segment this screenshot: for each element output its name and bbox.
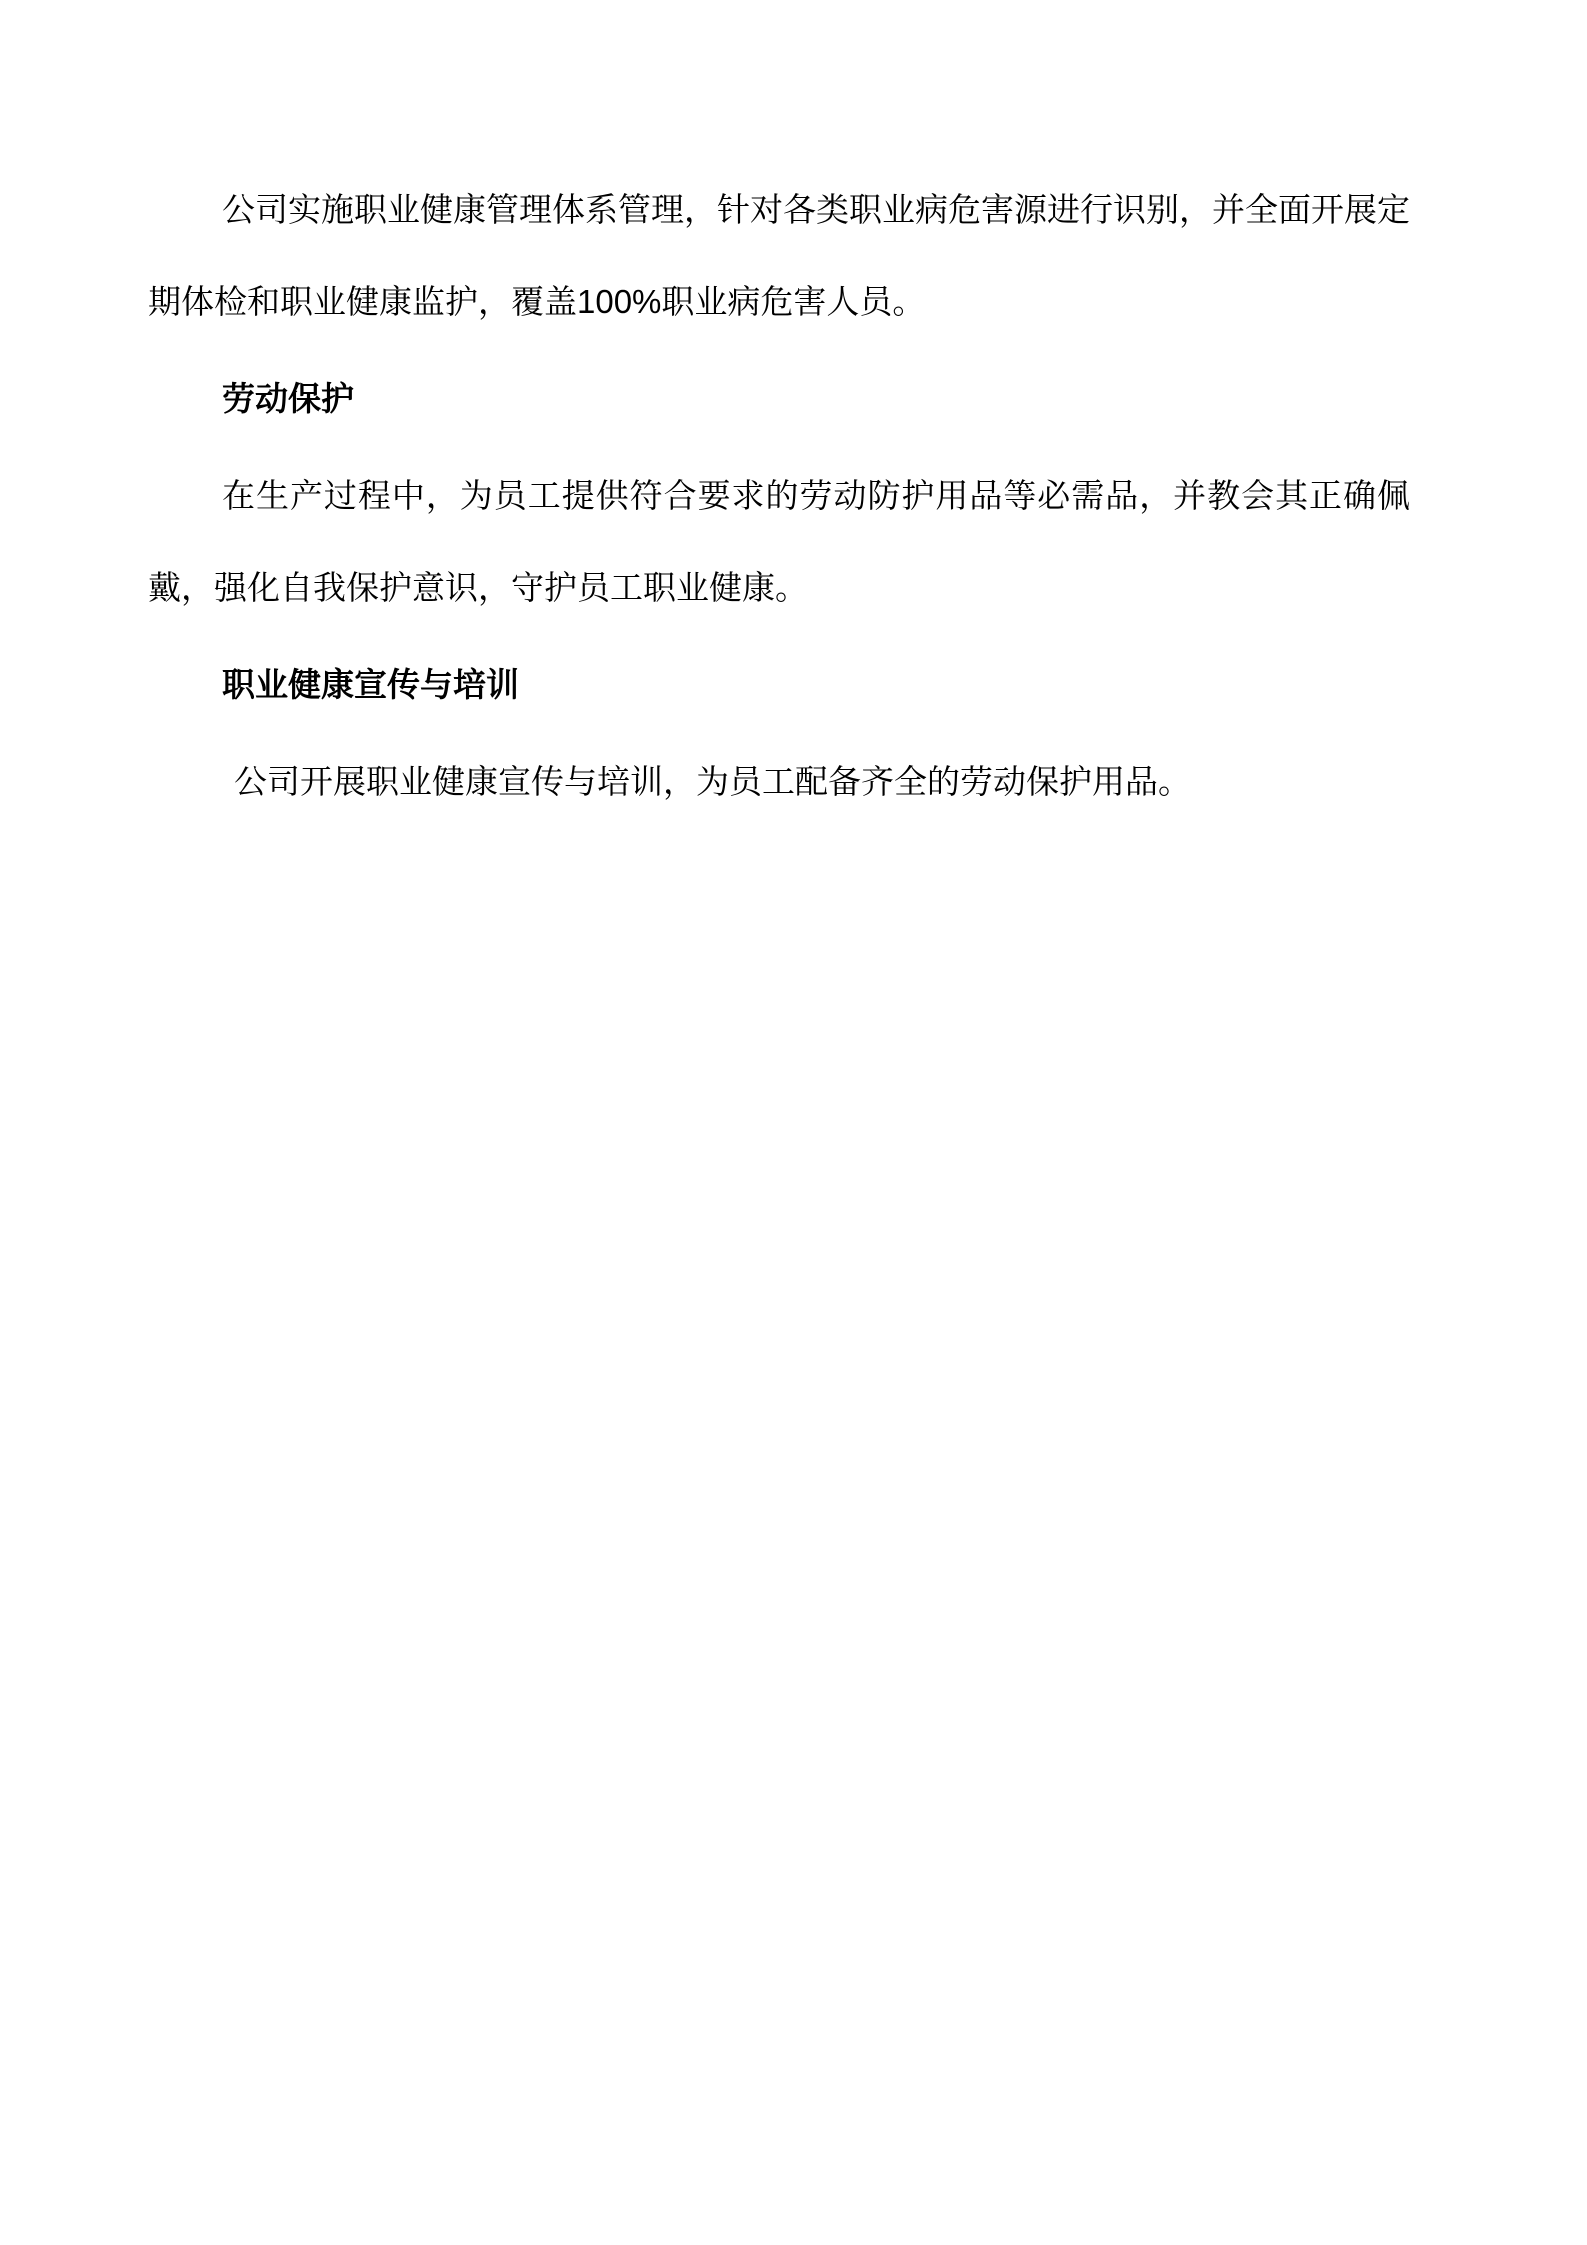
body-paragraph: 公司实施职业健康管理体系管理，针对各类职业病危害源进行识别，并全面开展定期体检和… [148,164,1410,348]
body-paragraph: 公司开展职业健康宣传与培训，为员工配备齐全的劳动保护用品。 [148,736,1410,828]
section-heading: 劳动保护 [148,353,1410,445]
document-body: 公司实施职业健康管理体系管理，针对各类职业病危害源进行识别，并全面开展定期体检和… [148,164,1410,828]
section-heading: 职业健康宣传与培训 [148,639,1410,731]
body-paragraph: 在生产过程中，为员工提供符合要求的劳动防护用品等必需品，并教会其正确佩戴，强化自… [148,450,1410,634]
document-page: 公司实施职业健康管理体系管理，针对各类职业病危害源进行识别，并全面开展定期体检和… [0,0,1587,2245]
